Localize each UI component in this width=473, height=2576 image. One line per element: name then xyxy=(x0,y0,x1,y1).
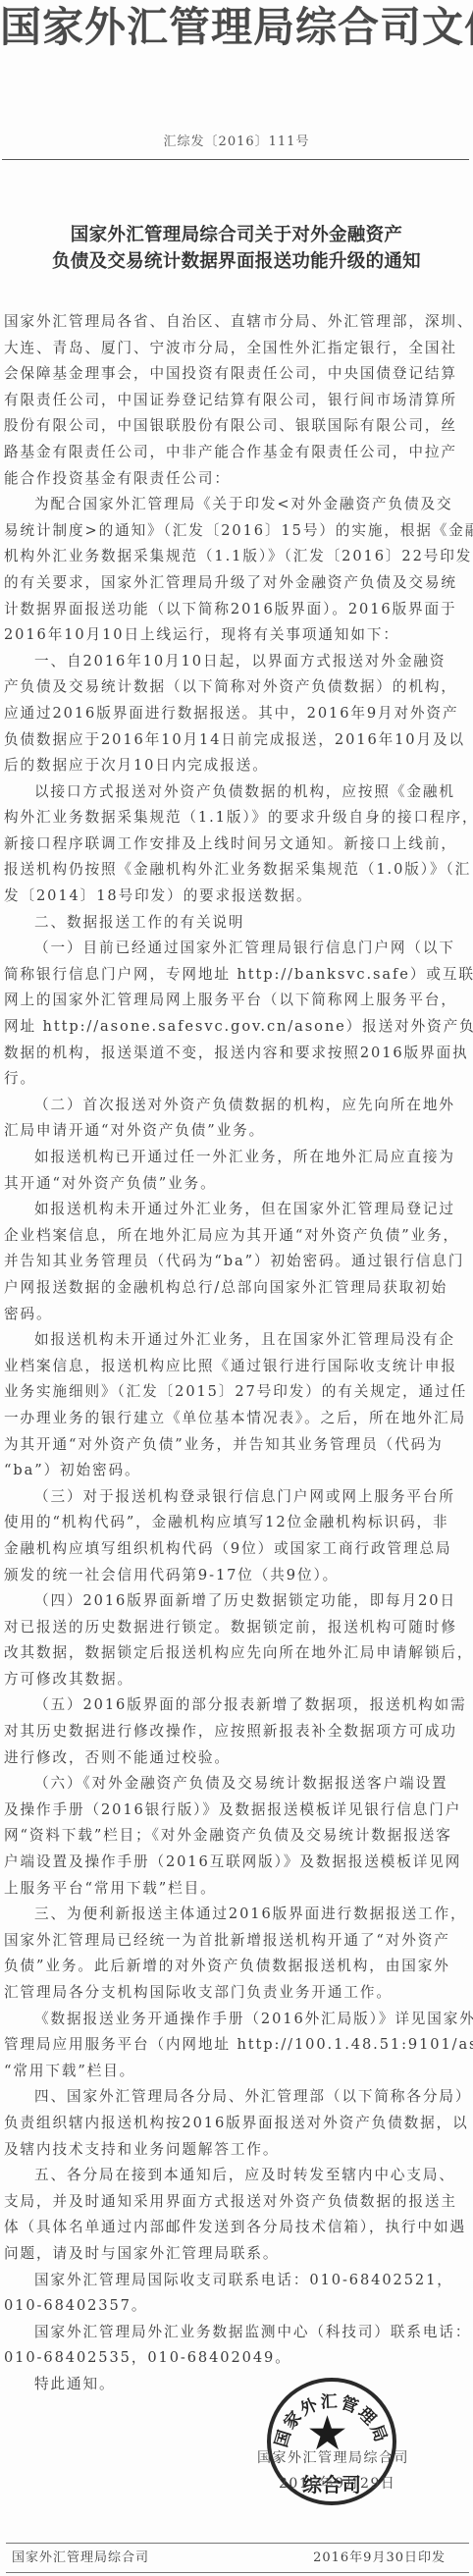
title-line-1: 国家外汇管理局综合司关于对外金融资产 xyxy=(0,222,473,248)
body-line: 2016年10月10日上线运行，现将有关事项通知如下： xyxy=(4,622,471,649)
body-line: “ba”）初始密码。 xyxy=(4,1458,471,1484)
body-line: 颁发的统一社会信用代码第9-17位（共9位）。 xyxy=(4,1563,471,1589)
body-line: 其开通“对外资产负债”业务。 xyxy=(4,1171,471,1198)
body-line: 如报送机构已开通过任一外汇业务，所在地外汇局应直接为 xyxy=(4,1145,471,1171)
body-line: 及辖内技术支持和业务问题解答工作。 xyxy=(4,2137,471,2164)
body-line: 国家外汇管理局国际收支司联系电话：010-68402521， xyxy=(4,2268,471,2294)
body-line: 及操作手册（2016银行版）》及数据报送模板详见银行信息门户 xyxy=(4,1798,471,1824)
body-line: 网址 http://asone.safesvc.gov.cn/asone）报送对… xyxy=(4,1014,471,1041)
body-line: （四）2016版界面新增了历史数据锁定功能，即每月20日 xyxy=(4,1588,471,1615)
body-line: 简称银行信息门户网，专网地址 http://banksvc.safe）或互联 xyxy=(4,962,471,989)
body-line: 业档案信息，报送机构应比照《通过银行进行国际收支统计申报 xyxy=(4,1354,471,1380)
body-line: 国家外汇管理局各省、自治区、直辖市分局、外汇管理部，深圳、 xyxy=(4,309,471,336)
document-number: 汇综发〔2016〕111号 xyxy=(0,134,473,151)
body-line: 一办理业务的银行建立《单位基本情况表》。之后，所在地外汇局 xyxy=(4,1406,471,1432)
body-line: 数据的机构，报送渠道不变，报送内容和要求按照2016版界面执 xyxy=(4,1041,471,1067)
body-line: 有限责任公司，中国证券登记结算有限公司，银行间市场清算所 xyxy=(4,388,471,414)
body-line: 密码。 xyxy=(4,1302,471,1328)
body-line: 汇局申请开通“对外资产负债”业务。 xyxy=(4,1118,471,1145)
body-line: 汇管理局各分支机构国际收支部门负责业务开通工作。 xyxy=(4,1980,471,2007)
body-line: 特此通知。 xyxy=(4,2372,471,2398)
signature-date: 2016年9月29日 xyxy=(279,2474,395,2494)
body-line: 如报送机构未开通过外汇业务，且在国家外汇管理局没有企 xyxy=(4,1327,471,1354)
title-line-2: 负债及交易统计数据界面报送功能升级的通知 xyxy=(0,248,473,275)
body-line: 股份有限公司，中国银联股份有限公司、银联国际有限公司，丝 xyxy=(4,413,471,440)
footer-print-date: 2016年9月30日印发 xyxy=(313,2549,446,2568)
body-line: 负债”业务。此后新增的对外资产负债数据报送机构，由国家外 xyxy=(4,1954,471,1980)
body-line: 为配合国家外汇管理局《关于印发<对外金融资产负债及交 xyxy=(4,492,471,518)
footer-divider-bottom xyxy=(6,2572,469,2573)
body-line: 会保障基金理事会，中国投资有限责任公司，中央国债登记结算 xyxy=(4,361,471,388)
body-line: （二）首次报送对外资产负债数据的机构，应先向所在地外 xyxy=(4,1093,471,1119)
body-line: 负责组织辖内报送机构按2016版界面报送对外资产负债数据，以 xyxy=(4,2111,471,2137)
body-line: 行。 xyxy=(4,1066,471,1093)
body-line: 对已报送的历史数据进行锁定。数据锁定前，报送机构可随时修 xyxy=(4,1615,471,1641)
document-page: 国家外汇管理局综合司文件 汇综发〔2016〕111号 国家外汇管理局综合司关于对… xyxy=(0,0,473,2576)
document-title: 国家外汇管理局综合司关于对外金融资产 负债及交易统计数据界面报送功能升级的通知 xyxy=(0,222,473,275)
body-line: 如报送机构未开通过外汇业务，但在国家外汇管理局登记过 xyxy=(4,1197,471,1223)
body-line: 并告知其业务管理员（代码为“ba”）初始密码。通过银行信息门 xyxy=(4,1249,471,1275)
body-line: 金融机构应填写组织机构代码（9位）或国家工商行政管理总局 xyxy=(4,1536,471,1563)
body-line: （六）《对外金融资产负债及交易统计数据报送客户端设置 xyxy=(4,1771,471,1798)
body-line: 上服务平台“常用下载”栏目。 xyxy=(4,1876,471,1903)
body-line: 新接口程序联调工作安排及上线时间另文通知。新接口上线前， xyxy=(4,832,471,858)
body-line: 一、自2016年10月10日起，以界面方式报送对外金融资 xyxy=(4,649,471,675)
body-line: 网上的国家外汇管理局网上服务平台（以下简称网上服务平台， xyxy=(4,988,471,1014)
body-line: 支局，并及时通知采用界面方式报送对外资产负债数据的报送主 xyxy=(4,2189,471,2216)
body-line: 发〔2014〕18号印发）的要求报送数据。 xyxy=(4,884,471,910)
footer-divider-top xyxy=(6,2543,469,2544)
body-line: 国家外汇管理局已经统一为首批新增报送机构开通了“对外资产 xyxy=(4,1928,471,1955)
body-line: 大连、青岛、厦门、宁波市分局，全国性外汇指定银行，全国社 xyxy=(4,336,471,362)
body-line: 以接口方式报送对外资产负债数据的机构，应按照《金融机 xyxy=(4,779,471,806)
body-line: 计数据界面报送功能（以下简称2016版界面）。2016版界面于 xyxy=(4,597,471,623)
body-line: 负债数据应于2016年10月14日前完成报送，2016年10月及以 xyxy=(4,727,471,754)
body-line: 进行修改，否则不能通过校验。 xyxy=(4,1745,471,1772)
body-line: 问题，请及时与国家外汇管理局联系。 xyxy=(4,2241,471,2268)
body-line: 管理局应用服务平台（内网地址 http://100.1.48.51:9101/a… xyxy=(4,2032,471,2059)
document-masthead: 国家外汇管理局综合司文件 xyxy=(0,4,473,51)
footer-issuer: 国家外汇管理局综合司 xyxy=(12,2549,149,2568)
body-line: 机构外汇业务数据采集规范（1.1版）》（汇发〔2016〕22号印发） xyxy=(4,544,471,570)
body-line: 《数据报送业务开通操作手册（2016外汇局版）》详见国家外汇 xyxy=(4,2007,471,2033)
body-line: 方可修改其数据。 xyxy=(4,1667,471,1693)
body-line: （三）对于报送机构登录银行信息门户网或网上服务平台所 xyxy=(4,1484,471,1511)
signature-organization: 国家外汇管理局综合司 xyxy=(257,2448,409,2468)
body-line: 五、各分局在接到本通知后，应及时转发至辖内中心支局、 xyxy=(4,2163,471,2189)
header-divider xyxy=(2,159,469,160)
body-line: 四、国家外汇管理局各分局、外汇管理部（以下简称各分局） xyxy=(4,2084,471,2111)
body-line: 户端设置及操作手册（2016互联网版）》及数据报送模板详见网 xyxy=(4,1850,471,1876)
body-line: 户网报送数据的金融机构总行/总部向国家外汇管理局获取初始 xyxy=(4,1275,471,1302)
body-line: 010-68402535，010-68402049。 xyxy=(4,2345,471,2372)
body-line: 使用的“机构代码”，金融机构应填写12位金融机构标识码，非 xyxy=(4,1510,471,1536)
body-line: 业务实施细则》（汇发〔2015〕27号印发）的有关规定，通过任 xyxy=(4,1379,471,1406)
body-line: 易统计制度>的通知》（汇发〔2016〕15号）的实施，根据《金融 xyxy=(4,518,471,545)
body-line: 构外汇业务数据采集规范（1.1版）》的要求升级自身的接口程序， xyxy=(4,805,471,832)
body-line: 三、为便利新报送主体通过2016版界面进行数据报送工作， xyxy=(4,1902,471,1928)
body-line: “常用下载”栏目。 xyxy=(4,2059,471,2085)
document-body: 国家外汇管理局各省、自治区、直辖市分局、外汇管理部，深圳、大连、青岛、厦门、宁波… xyxy=(4,309,471,2398)
body-line: 后的数据应于次月10日内完成报送。 xyxy=(4,753,471,779)
body-line: 010-68402357。 xyxy=(4,2293,471,2320)
body-line: 网“资料下载”栏目；《对外金融资产负债及交易统计数据报送客 xyxy=(4,1823,471,1850)
body-line: 能合作投资基金有限责任公司： xyxy=(4,466,471,493)
body-line: 路基金有限责任公司，中非产能合作基金有限责任公司，中拉产 xyxy=(4,440,471,466)
body-line: 二、数据报送工作的有关说明 xyxy=(4,910,471,937)
body-line: 应通过2016版界面进行数据报送。其中，2016年9月对外资产 xyxy=(4,701,471,727)
body-line: 产负债及交易统计数据（以下简称对外资产负债数据）的机构， xyxy=(4,674,471,701)
body-line: 国家外汇管理局外汇业务数据监测中心（科技司）联系电话： xyxy=(4,2320,471,2346)
body-line: 体（具体名单通过内部邮件发送到各分局技术信箱），执行中如遇 xyxy=(4,2215,471,2241)
body-line: （一）目前已经通过国家外汇管理局银行信息门户网（以下 xyxy=(4,936,471,962)
body-line: 改其数据，数据锁定后报送机构应先向所在地外汇局申请解锁后， xyxy=(4,1640,471,1667)
body-line: 的有关要求，国家外汇管理局升级了对外金融资产负债及交易统 xyxy=(4,570,471,597)
body-line: 对其历史数据进行修改操作，应按照新报表补全数据项方可成功 xyxy=(4,1719,471,1745)
body-line: 报送机构仍按照《金融机构外汇业务数据采集规范（1.0版）》（汇 xyxy=(4,857,471,884)
body-line: （五）2016版界面的部分报表新增了数据项，报送机构如需 xyxy=(4,1692,471,1719)
body-line: 企业档案信息，所在地外汇局应为其开通“对外资产负债”业务， xyxy=(4,1223,471,1250)
body-line: 为其开通“对外资产负债”业务，并告知其业务管理员（代码为 xyxy=(4,1432,471,1459)
